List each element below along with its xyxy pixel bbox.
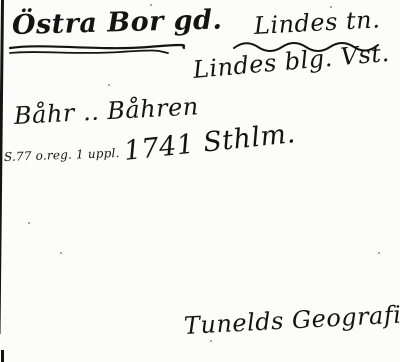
scan-edge-mark [1, 350, 4, 362]
edition-note-text: S.77 o.reg. 1 uppl. [4, 146, 120, 164]
name-forms-text: Båhr .. Båhren [13, 92, 199, 130]
paper-speck [150, 4, 152, 6]
paper-speck [28, 222, 30, 224]
paper-speck [378, 252, 380, 254]
paper-speck [60, 252, 62, 254]
paper-speck [210, 340, 212, 342]
scan-edge-line [0, 0, 4, 334]
heading-double-underline [8, 42, 186, 58]
parish-text: Lindes tn. [253, 5, 381, 40]
source-title-text: Tunelds Geografi: [183, 300, 400, 340]
imprint-text: 1741 Sthlm. [122, 118, 297, 167]
index-card: Östra Bor gd. Lindes tn. Lindes blg. Vst… [0, 0, 400, 362]
paper-speck [330, 6, 332, 8]
paper-speck [108, 84, 110, 86]
card-heading: Östra Bor gd. [12, 4, 223, 40]
